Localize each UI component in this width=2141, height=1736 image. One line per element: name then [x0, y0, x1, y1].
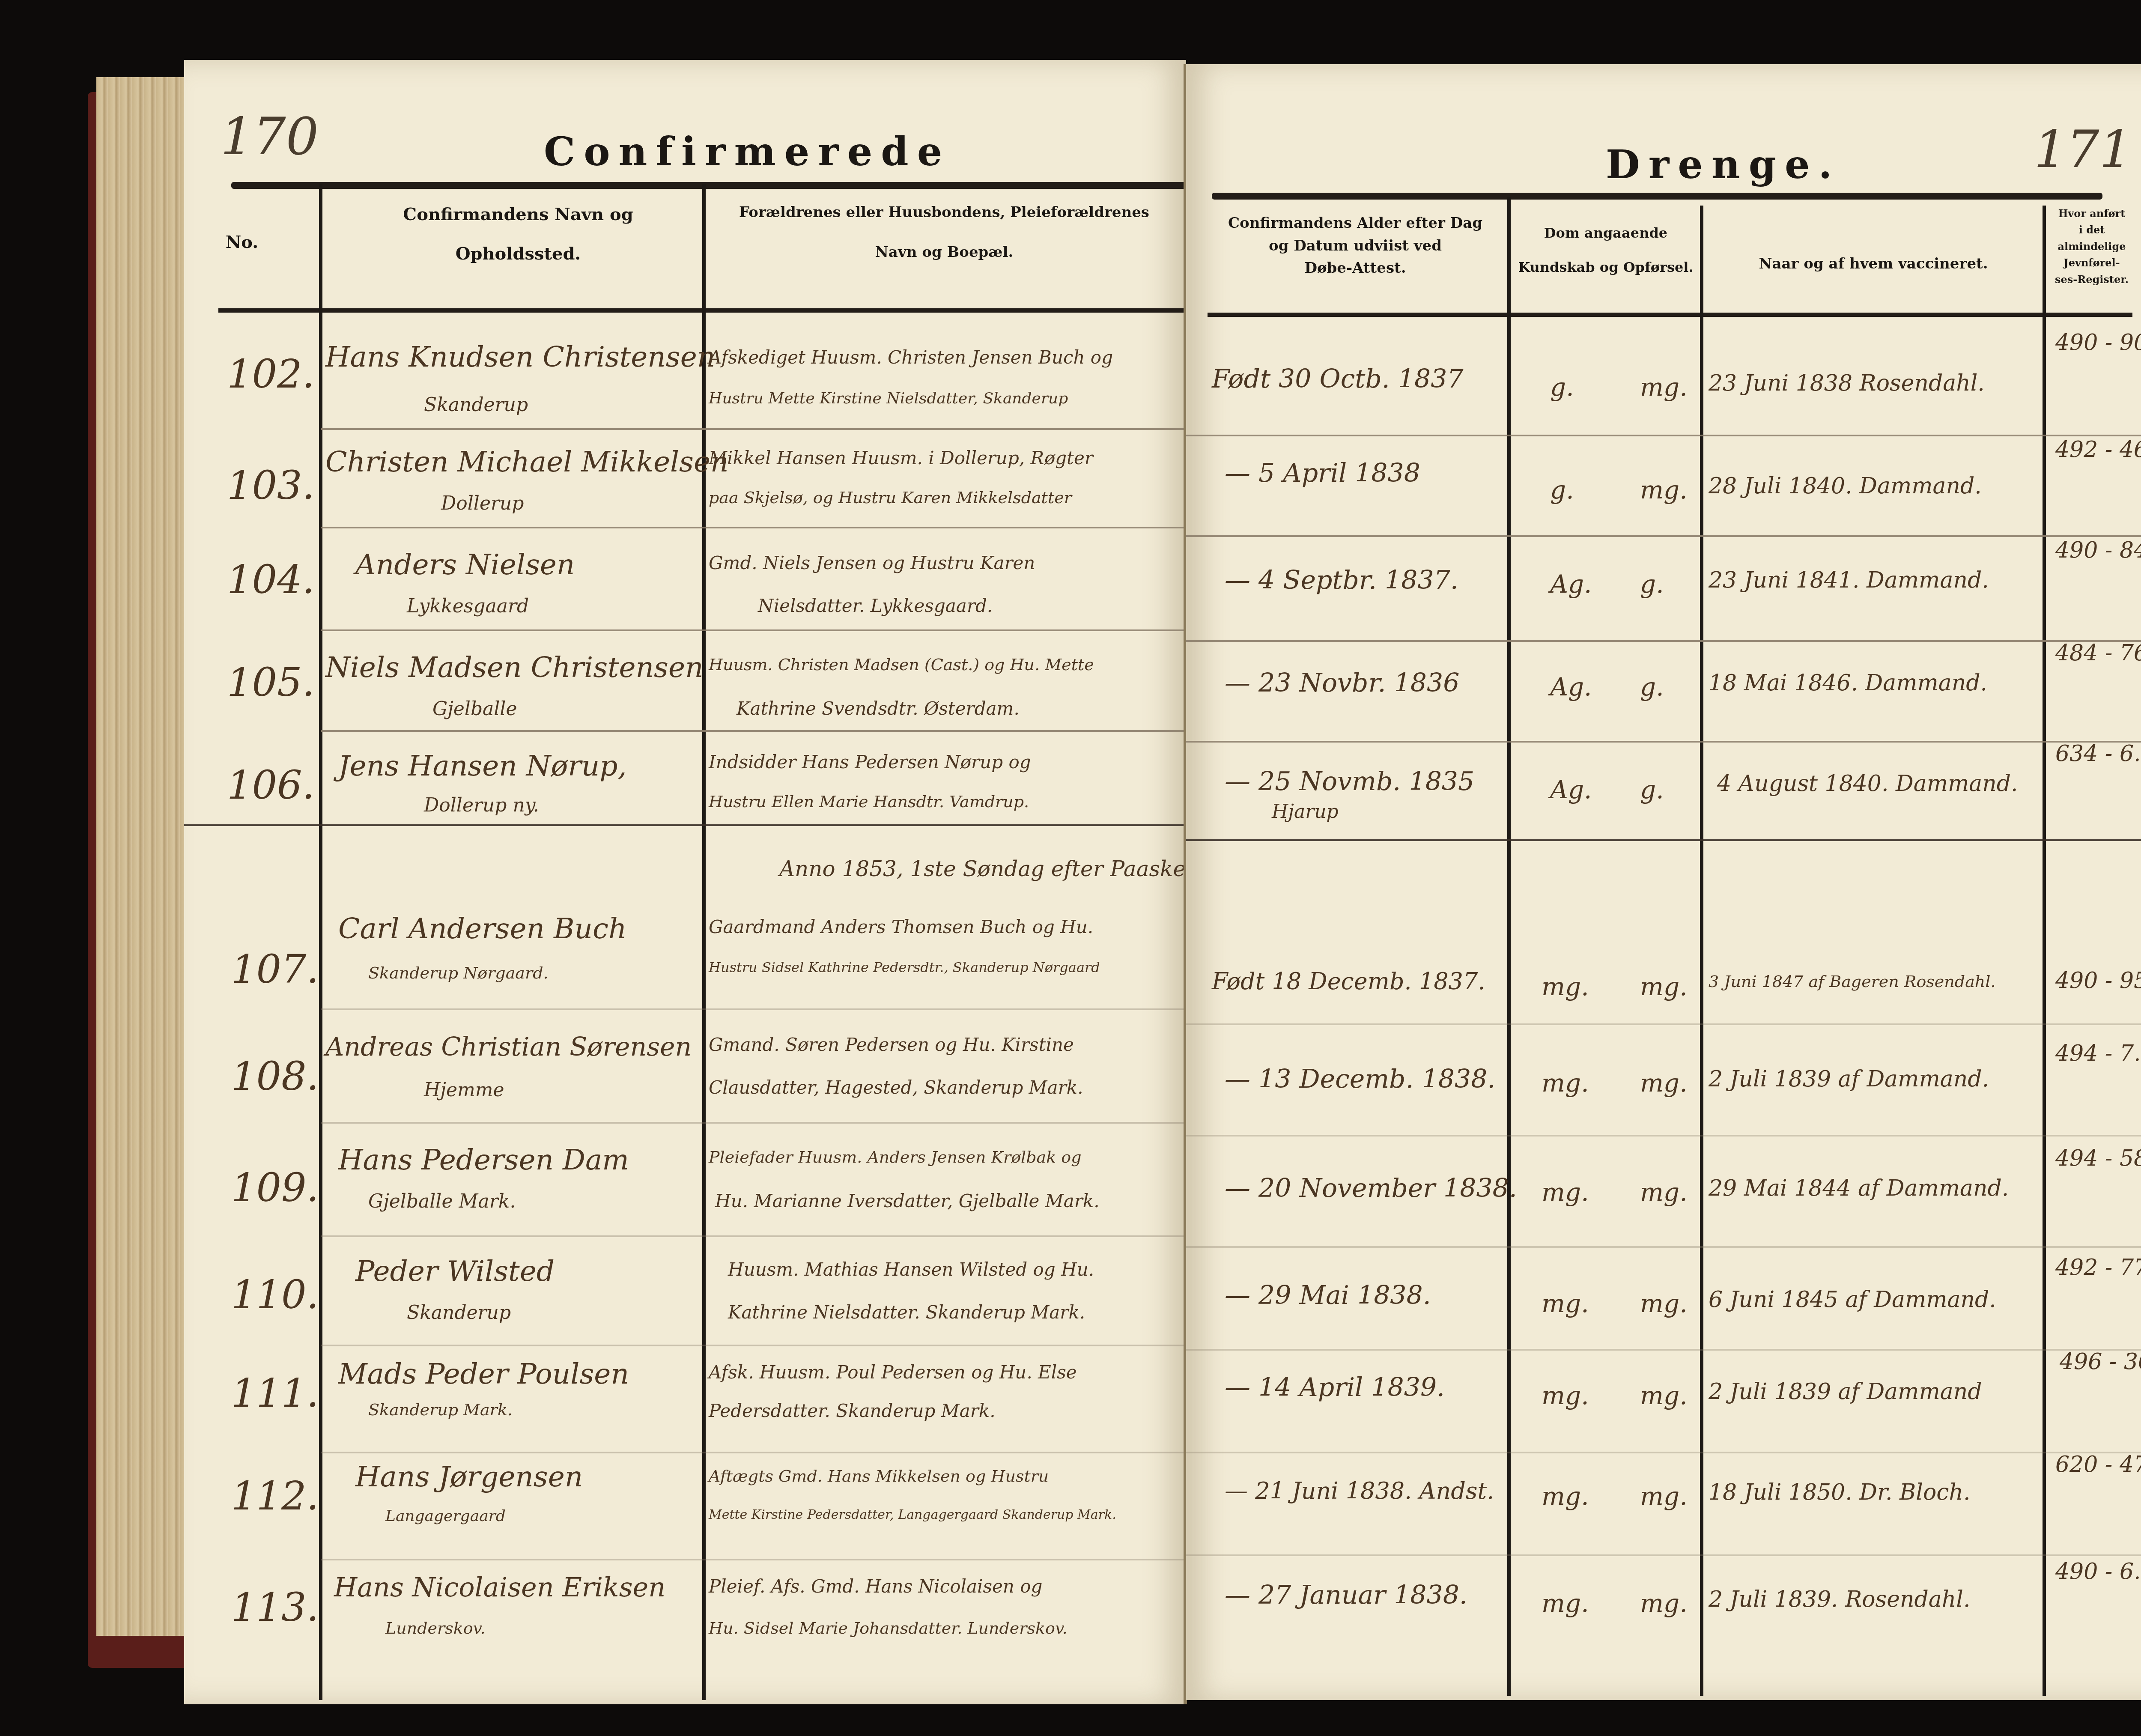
col-header-register-line1: Hvor anført	[2047, 206, 2137, 222]
entry-parents-1: Gmand. Søren Pedersen og Hu. Kirstine	[709, 1034, 1074, 1055]
entry-vaccinated: 6 Juni 1845 af Dammand.	[1709, 1287, 1996, 1312]
row-divider	[1186, 741, 2141, 743]
entry-register: 492 - 46.	[2055, 437, 2141, 462]
entry-place: Skanderup Nørgaard.	[368, 963, 549, 982]
entry-register: 490 - 84.	[2055, 537, 2141, 563]
entry-vaccinated: 2 Juli 1839. Rosendahl.	[1709, 1587, 1970, 1612]
page-title-left: Confirmerede	[544, 128, 951, 175]
entry-vaccinated: 23 Juni 1841. Dammand.	[1709, 567, 1989, 593]
col-header-age-line3: Døbe-Attest.	[1208, 257, 1503, 280]
entry-vaccinated: 3 Juni 1847 af Bageren Rosendahl.	[1709, 972, 1996, 991]
entry-name: Hans Knudsen Christensen	[325, 340, 715, 373]
page-title-right: Drenge.	[1606, 141, 1841, 188]
row-divider	[321, 1559, 1186, 1560]
entry-parents-1: Gaardmand Anders Thomsen Buch og Hu.	[709, 916, 1093, 937]
col-header-age-line1: Confirmandens Alder efter Dag	[1208, 212, 1503, 235]
entry-knowledge: mg.	[1542, 1381, 1589, 1410]
entry-parents-1: Afskediget Huusm. Christen Jensen Buch o…	[709, 347, 1113, 368]
col-header-no: No.	[210, 229, 274, 256]
entry-number: 106.	[227, 762, 315, 808]
row-divider	[321, 629, 1186, 631]
entry-birth: — 14 April 1839.	[1225, 1372, 1445, 1402]
entry-vaccinated: 4 August 1840. Dammand.	[1717, 771, 2018, 796]
entry-conduct: mg.	[1640, 1289, 1688, 1318]
col-header-judgement: Dom angaaende Kundskab og Opførsel.	[1512, 223, 1700, 278]
entry-knowledge: g.	[1550, 475, 1574, 504]
entry-place: Skanderup Mark.	[368, 1400, 513, 1419]
col-divider-no	[319, 184, 322, 1700]
entry-conduct: g.	[1640, 775, 1664, 804]
entry-number: 103.	[227, 462, 315, 508]
entry-name: Christen Michael Mikkelsen	[325, 445, 729, 478]
entry-name: Niels Madsen Christensen	[325, 651, 704, 684]
entry-place: Gjelballe Mark.	[368, 1190, 516, 1212]
row-divider	[1186, 1135, 2141, 1136]
top-rule-right	[1212, 193, 2102, 200]
entry-parents-2: Kathrine Nielsdatter. Skanderup Mark.	[728, 1302, 1085, 1323]
row-divider	[1186, 435, 2141, 436]
entry-birth: — 23 Novbr. 1836	[1225, 668, 1459, 698]
col-header-register-line4: Jevnførel-	[2047, 255, 2137, 271]
entry-register: 490 - 90.	[2055, 330, 2141, 355]
entry-conduct: mg.	[1640, 972, 1688, 1001]
entry-register: 494 - 7.	[2055, 1041, 2141, 1066]
entry-place: Skanderup	[407, 1302, 511, 1324]
entry-register: 634 - 6.	[2055, 741, 2141, 767]
top-rule-left	[231, 182, 1186, 189]
entry-parents-2: Mette Kirstine Pedersdatter, Langagergaa…	[709, 1507, 1116, 1522]
entry-register: 492 - 77.	[2055, 1255, 2141, 1280]
entry-name: Hans Pedersen Dam	[338, 1143, 629, 1176]
entry-knowledge: mg.	[1542, 1289, 1589, 1318]
col-header-vaccination: Naar og af hvem vaccineret.	[1704, 253, 2043, 275]
entry-birth: — 27 Januar 1838.	[1225, 1580, 1467, 1610]
row-divider	[1186, 1554, 2141, 1556]
entry-register: 496 - 30.	[2060, 1349, 2141, 1375]
entry-parents-2: Nielsdatter. Lykkesgaard.	[758, 595, 993, 616]
entry-birth-note: Hjarup	[1272, 801, 1339, 823]
entry-conduct: mg.	[1640, 1381, 1688, 1410]
entry-parents-1: Indsidder Hans Pedersen Nørup og	[709, 752, 1031, 773]
entry-name: Peder Wilsted	[355, 1255, 555, 1288]
col-header-judgement-line1: Dom angaaende	[1512, 223, 1700, 244]
entry-knowledge: Ag.	[1550, 672, 1592, 701]
entry-conduct: mg.	[1640, 1178, 1688, 1207]
right-page: Drenge. 171 Confirmandens Alder efter Da…	[1186, 64, 2141, 1700]
row-divider	[321, 1235, 1186, 1237]
entry-parents-2: Hustru Mette Kirstine Nielsdatter, Skand…	[709, 390, 1068, 407]
entry-birth: Født 30 Octb. 1837	[1212, 364, 1464, 394]
entry-place: Langagergaard	[385, 1507, 506, 1525]
entry-conduct: mg.	[1640, 1068, 1688, 1098]
col-divider-judgement	[1700, 206, 1703, 1696]
entry-conduct: mg.	[1640, 373, 1688, 402]
entry-parents-2: paa Skjelsø, og Hustru Karen Mikkelsdatt…	[709, 488, 1072, 507]
entry-conduct: mg.	[1640, 475, 1688, 504]
entry-knowledge: g.	[1550, 373, 1574, 402]
entry-register: 494 - 58.	[2055, 1145, 2141, 1171]
entry-conduct: g.	[1640, 672, 1664, 701]
section-divider-right	[1186, 839, 2141, 841]
col-header-register-line3: almindelige	[2047, 239, 2137, 255]
entry-knowledge: mg.	[1542, 1068, 1589, 1098]
col-divider-age	[1507, 197, 1511, 1696]
row-divider	[321, 527, 1186, 528]
page-number-right: 171	[2034, 120, 2132, 179]
entry-place: Gjelballe	[432, 698, 517, 720]
entry-number: 110.	[231, 1272, 319, 1318]
entry-number: 113.	[231, 1584, 319, 1630]
entry-conduct: mg.	[1640, 1482, 1688, 1511]
col-divider-vaccination	[2043, 206, 2046, 1696]
entry-register: 490 - 6.	[2055, 1559, 2141, 1584]
entry-place: Dollerup ny.	[424, 794, 539, 816]
entry-knowledge: Ag.	[1550, 775, 1592, 804]
entry-knowledge: mg.	[1542, 1589, 1589, 1618]
entry-name: Hans Jørgensen	[355, 1460, 583, 1493]
col-header-register: Hvor anført i det almindelige Jevnførel-…	[2047, 206, 2137, 288]
entry-knowledge: mg.	[1542, 1482, 1589, 1511]
entry-parents-2: Hustru Ellen Marie Hansdtr. Vamdrup.	[709, 792, 1029, 811]
entry-parents-2: Hu. Sidsel Marie Johansdatter. Lundersko…	[709, 1619, 1068, 1638]
entry-name: Mads Peder Poulsen	[338, 1357, 629, 1390]
entry-parents-1: Afsk. Huusm. Poul Pedersen og Hu. Else	[709, 1362, 1077, 1383]
col-header-name-line1: Confirmandens Navn og	[334, 201, 702, 228]
entry-parents-1: Pleief. Afs. Gmd. Hans Nicolaisen og	[709, 1576, 1042, 1597]
entry-place: Skanderup	[424, 394, 528, 416]
col-header-name-line2: Opholdssted.	[334, 241, 702, 267]
col-header-parents-line2: Navn og Boepæl.	[704, 241, 1184, 264]
page-number-left: 170	[221, 107, 319, 167]
entry-birth: Født 18 Decemb. 1837.	[1212, 968, 1485, 995]
row-divider	[321, 428, 1186, 430]
entry-place: Hjemme	[424, 1079, 504, 1101]
row-divider	[1186, 640, 2141, 642]
entry-parents-1: Huusm. Mathias Hansen Wilsted og Hu.	[728, 1259, 1094, 1280]
entry-number: 108.	[231, 1053, 319, 1099]
row-divider	[321, 1452, 1186, 1453]
entry-register: 620 - 47.	[2055, 1452, 2141, 1477]
header-bottom-rule-right	[1208, 313, 2132, 317]
row-divider	[1186, 1023, 2141, 1025]
entry-name: Andreas Christian Sørensen	[325, 1032, 692, 1062]
entry-number: 112.	[231, 1473, 319, 1519]
entry-birth: — 21 Juni 1838. Andst.	[1225, 1477, 1494, 1504]
entry-vaccinated: 28 Juli 1840. Dammand.	[1709, 473, 1982, 499]
col-header-parents-line1: Forældrenes eller Huusbondens, Pleieforæ…	[704, 201, 1184, 224]
entry-place: Lunderskov.	[385, 1619, 486, 1638]
entry-birth: — 20 November 1838.	[1225, 1173, 1517, 1203]
entry-birth: — 25 Novmb. 1835	[1225, 767, 1474, 796]
entry-vaccinated: 2 Juli 1839 af Dammand	[1709, 1379, 1982, 1405]
left-page: 170 Confirmerede No. Confirmandens Navn …	[184, 60, 1186, 1704]
entry-vaccinated: 18 Mai 1846. Dammand.	[1709, 670, 1987, 696]
row-divider	[1186, 1246, 2141, 1248]
entry-parents-2: Clausdatter, Hagested, Skanderup Mark.	[709, 1077, 1083, 1098]
entry-parents-1: Aftægts Gmd. Hans Mikkelsen og Hustru	[709, 1467, 1049, 1485]
entry-conduct: mg.	[1640, 1589, 1688, 1618]
entry-number: 111.	[231, 1370, 319, 1416]
col-header-judgement-line2: Kundskab og Opførsel.	[1512, 257, 1700, 278]
entry-vaccinated: 18 Juli 1850. Dr. Bloch.	[1709, 1479, 1970, 1505]
entry-number: 109.	[231, 1165, 319, 1211]
section-divider-left	[184, 824, 1186, 826]
col-header-register-line5: ses-Register.	[2047, 271, 2137, 288]
entry-parents-1: Huusm. Christen Madsen (Cast.) og Hu. Me…	[709, 655, 1094, 674]
col-header-age-line2: og Datum udviist ved	[1208, 235, 1503, 257]
entry-vaccinated: 23 Juni 1838 Rosendahl.	[1709, 370, 1985, 396]
entry-name: Anders Nielsen	[355, 548, 575, 581]
row-divider	[321, 730, 1186, 732]
entry-number: 102.	[227, 351, 315, 397]
page-edges-left	[96, 77, 186, 1636]
col-divider-name	[702, 184, 706, 1700]
entry-place: Dollerup	[441, 492, 524, 514]
row-divider	[1186, 535, 2141, 537]
entry-parents-1: Pleiefader Huusm. Anders Jensen Krølbak …	[709, 1148, 1082, 1166]
row-divider	[1186, 1349, 2141, 1351]
col-header-name: Confirmandens Navn og Opholdssted.	[334, 201, 702, 267]
entry-parents-2: Hu. Marianne Iversdatter, Gjelballe Mark…	[715, 1190, 1100, 1211]
entry-vaccinated: 29 Mai 1844 af Dammand.	[1709, 1175, 2009, 1201]
entry-parents-2: Hustru Sidsel Kathrine Pedersdtr., Skand…	[709, 959, 1100, 975]
entry-parents-2: Kathrine Svendsdtr. Østerdam.	[737, 698, 1020, 719]
entry-birth: — 4 Septbr. 1837.	[1225, 565, 1458, 595]
entry-knowledge: mg.	[1542, 1178, 1589, 1207]
col-header-register-line2: i det	[2047, 222, 2137, 238]
entry-register: 490 - 95.	[2055, 968, 2141, 993]
entry-register: 484 - 76.	[2055, 640, 2141, 666]
entry-number: 104.	[227, 557, 315, 603]
entry-name: Carl Andersen Buch	[338, 912, 626, 945]
entry-birth: — 13 Decemb. 1838.	[1225, 1064, 1495, 1094]
entry-conduct: g.	[1640, 570, 1664, 599]
entry-name: Hans Nicolaisen Eriksen	[334, 1572, 665, 1603]
row-divider	[1186, 1452, 2141, 1453]
entry-knowledge: mg.	[1542, 972, 1589, 1001]
col-header-parents: Forældrenes eller Huusbondens, Pleieforæ…	[704, 201, 1184, 263]
entry-vaccinated: 2 Juli 1839 af Dammand.	[1709, 1066, 1989, 1092]
entry-parents-1: Mikkel Hansen Huusm. i Dollerup, Røgter	[709, 447, 1093, 468]
row-divider	[321, 1122, 1186, 1124]
row-divider	[321, 1008, 1186, 1010]
entry-number: 105.	[227, 659, 315, 705]
entry-number: 107.	[231, 946, 319, 992]
col-header-age: Confirmandens Alder efter Dag og Datum u…	[1208, 212, 1503, 280]
entry-name: Jens Hansen Nørup,	[338, 749, 626, 782]
entry-parents-1: Gmd. Niels Jensen og Hustru Karen	[709, 552, 1035, 573]
row-divider	[321, 1345, 1186, 1346]
entry-knowledge: Ag.	[1550, 570, 1592, 599]
entry-birth: — 29 Mai 1838.	[1225, 1280, 1431, 1310]
entry-birth: — 5 April 1838	[1225, 458, 1420, 488]
entry-parents-2: Pedersdatter. Skanderup Mark.	[709, 1400, 996, 1421]
entry-place: Lykkesgaard	[407, 595, 529, 617]
